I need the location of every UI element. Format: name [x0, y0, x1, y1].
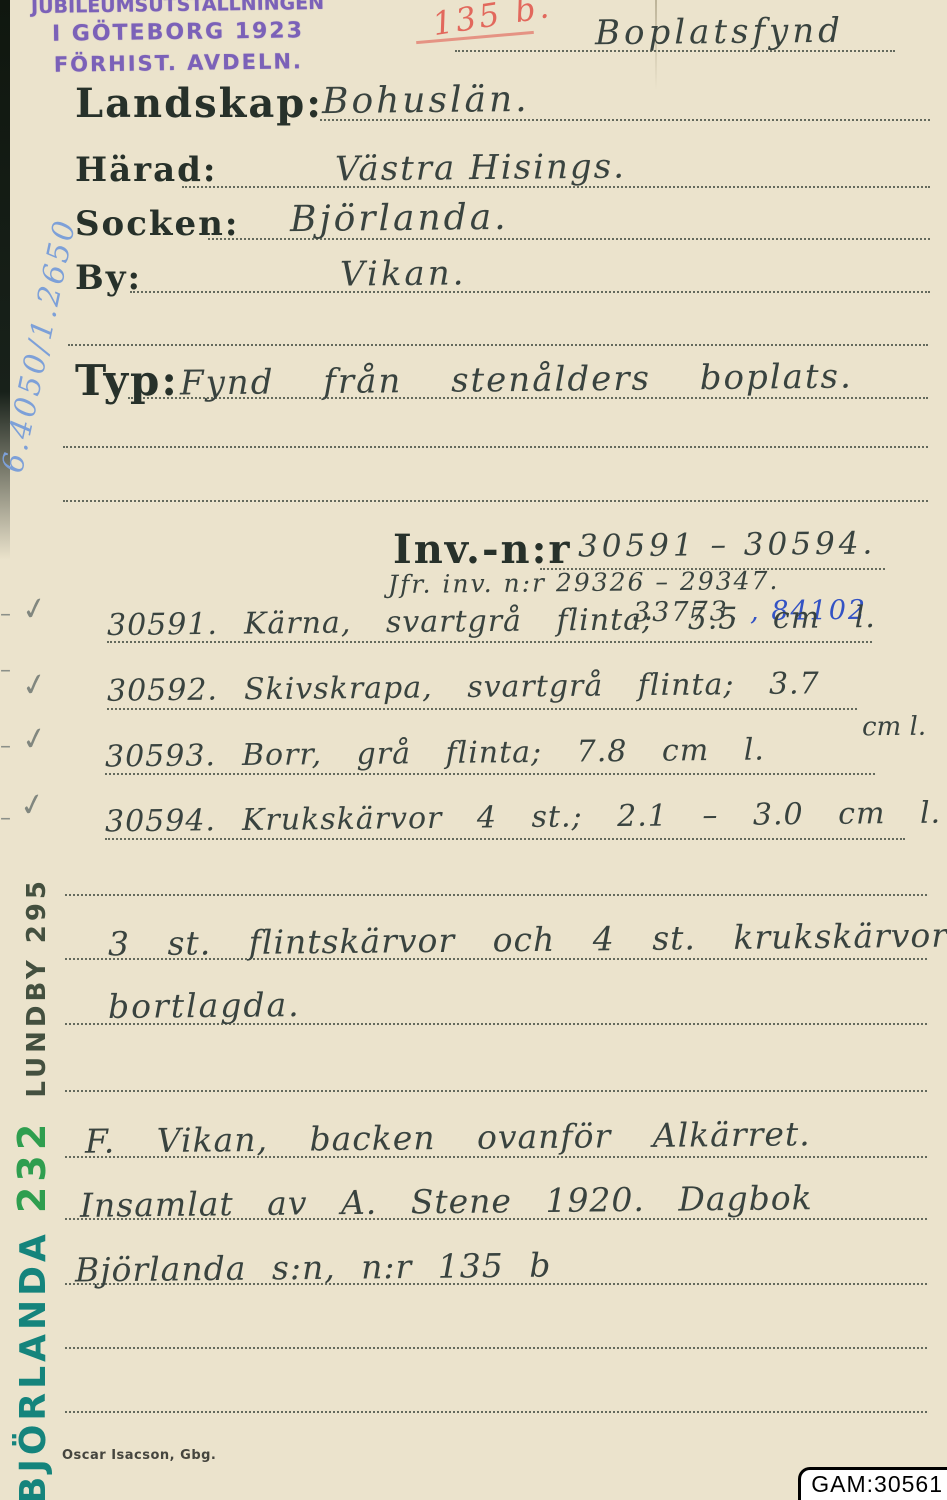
- stamp-line-3: FÖRHIST. AVDELN.: [28, 46, 328, 80]
- item-description: Borr, grå flinta; 7.8 cm l.: [242, 733, 765, 773]
- parish-secondary: LUNDBY 295: [22, 877, 52, 1098]
- dotted-line: [65, 1090, 927, 1092]
- item-row: 30591.Kärna, svartgrå flinta; 5.5 cm l.: [107, 600, 876, 643]
- check-icon: ✓: [17, 785, 48, 826]
- field-label-socken: Socken:: [75, 204, 239, 244]
- item-description: Krukskärvor 4 st.; 2.1 – 3.0 cm l.: [242, 796, 941, 838]
- dotted-line: [455, 50, 895, 52]
- dotted-line: [107, 708, 857, 710]
- margin-dash: –: [0, 734, 11, 759]
- dotted-line: [65, 1347, 927, 1349]
- item-number: 30591.: [107, 607, 218, 643]
- inventory-range: 30591 – 30594.: [578, 525, 877, 564]
- dotted-line: [63, 446, 928, 448]
- field-value-socken: Björlanda.: [290, 197, 509, 240]
- item-description-wrap: cm l.: [862, 712, 926, 743]
- dotted-line: [105, 773, 875, 775]
- dotted-line: [65, 894, 927, 896]
- item-row: 30594.Krukskärvor 4 st.; 2.1 – 3.0 cm l.: [105, 796, 941, 840]
- archive-id-badge: GAM:30561: [798, 1467, 947, 1500]
- dotted-line: [65, 1411, 927, 1413]
- margin-dash: –: [0, 806, 11, 831]
- field-value-harad: Västra Hisings.: [335, 146, 626, 189]
- item-row: 30592.Skivskrapa, svartgrå flinta; 3.7: [107, 666, 820, 708]
- note-discard-line2: bortlagda.: [108, 985, 301, 1026]
- dotted-line: [63, 500, 928, 502]
- dotted-line: [130, 291, 930, 293]
- item-description: Kärna, svartgrå flinta; 5.5 cm l.: [244, 600, 876, 642]
- note-site: F. Vikan, backen ovanför Alkärret.: [85, 1114, 811, 1161]
- item-number: 30592.: [107, 673, 218, 709]
- field-value-by: Vikan.: [340, 253, 467, 294]
- note-diary: Björlanda s:n, n:r 135 b: [75, 1246, 552, 1290]
- note-collected: Insamlat av A. Stene 1920. Dagbok: [80, 1178, 813, 1225]
- parish-margin-marks: BJÖRLANDA 232 LUNDBY 295: [10, 964, 54, 1500]
- margin-dash: –: [0, 658, 11, 683]
- inventory-label: Inv.-n:r: [393, 526, 571, 573]
- field-value-landskap: Bohuslän.: [322, 79, 530, 122]
- field-value-typ: Fynd från stenålders boplats.: [180, 356, 853, 403]
- note-discard-line1: 3 st. flintskärvor och 4 st. krukskärvor: [108, 916, 947, 964]
- item-row: 30593.Borr, grå flinta; 7.8 cm l.: [105, 733, 765, 775]
- dotted-line: [68, 344, 928, 346]
- item-description: Skivskrapa, svartgrå flinta; 3.7: [244, 666, 820, 707]
- check-icon: ✓: [19, 665, 50, 706]
- printer-imprint: Oscar Isacson, Gbg.: [62, 1448, 216, 1463]
- item-number: 30593.: [105, 738, 216, 774]
- parish-name: BJÖRLANDA: [13, 1230, 54, 1500]
- parish-number: 232: [10, 1119, 54, 1213]
- field-label-landskap: Landskap:: [75, 80, 323, 127]
- inventory-ref-note: Jfr. inv. n:r 29326 – 29347.: [388, 566, 780, 599]
- check-icon: ✓: [19, 589, 50, 630]
- field-label-harad: Härad:: [75, 150, 217, 190]
- category-heading: Boplatsfynd: [595, 11, 844, 54]
- catalog-card: JUBILEUMSUTSTÄLLNINGEN I GÖTEBORG 1923 F…: [0, 0, 947, 1500]
- field-label-typ: Typ:: [75, 356, 179, 405]
- stamp-line-2: I GÖTEBORG 1923: [28, 16, 328, 50]
- museum-stamp: JUBILEUMSUTSTÄLLNINGEN I GÖTEBORG 1923 F…: [27, 0, 328, 80]
- dotted-line: [105, 838, 905, 840]
- margin-dash: –: [0, 602, 11, 627]
- item-number: 30594.: [105, 803, 216, 839]
- check-icon: ✓: [19, 719, 50, 760]
- field-label-by: By:: [75, 258, 142, 298]
